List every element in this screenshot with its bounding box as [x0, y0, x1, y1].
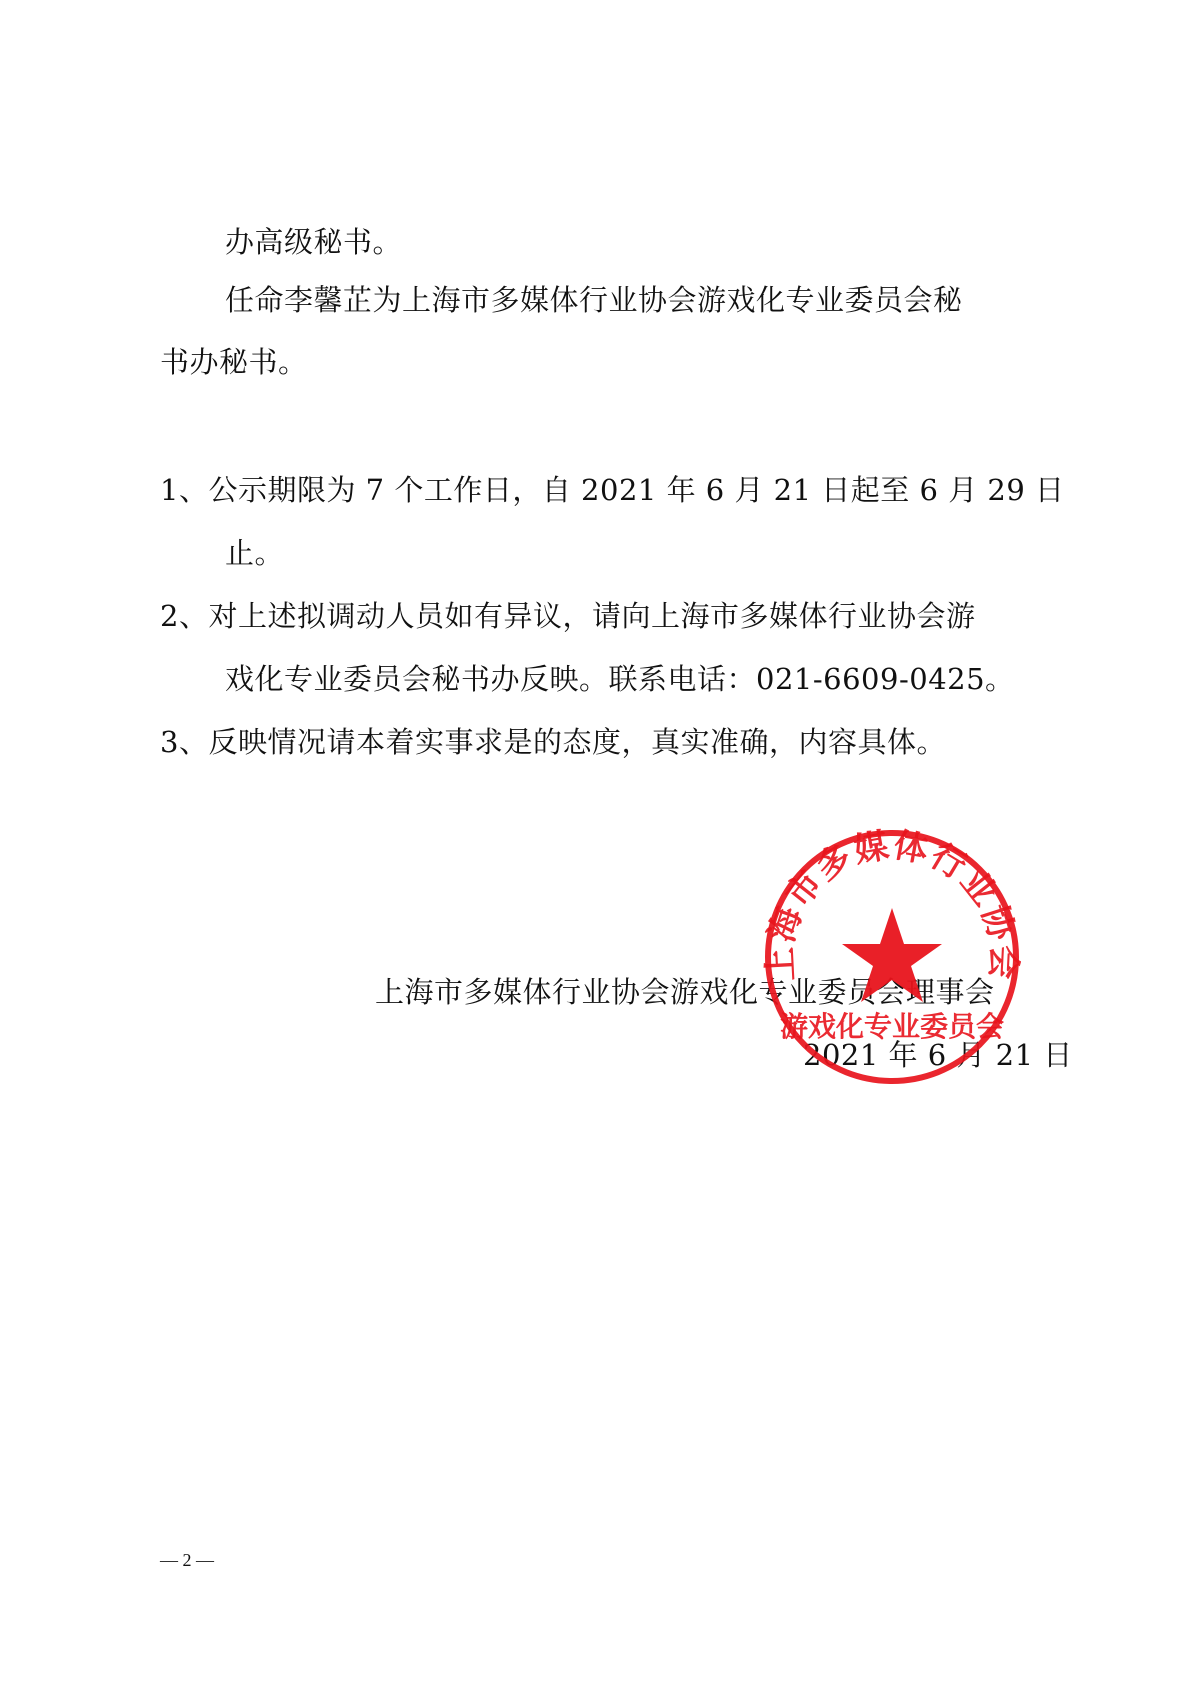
note-2-line-1: 2、对上述拟调动人员如有异议，请向上海市多媒体行业协会游 — [160, 596, 975, 636]
signature-organization: 上海市多媒体行业协会游戏化专业委员会理事会 — [375, 972, 995, 1012]
note-1-line-1: 1、公示期限为 7 个工作日，自 2021 年 6 月 21 日起至 6 月 2… — [160, 470, 1065, 510]
signature-date: 2021 年 6 月 21 日 — [803, 1035, 1073, 1075]
paragraph-line: 任命李馨芷为上海市多媒体行业协会游戏化专业委员会秘 — [225, 280, 963, 320]
svg-text:上海市多媒体行业协会: 上海市多媒体行业协会 — [763, 828, 1021, 982]
paragraph-line: 书办秘书。 — [160, 342, 308, 382]
note-1-line-2: 止。 — [225, 533, 284, 573]
note-2-line-2: 戏化专业委员会秘书办反映。联系电话：021-6609-0425。 — [225, 659, 1015, 699]
page-number: — 2 — — [160, 1550, 214, 1571]
paragraph-line: 办高级秘书。 — [225, 222, 402, 262]
note-3-line-1: 3、反映情况请本着实事求是的态度，真实准确，内容具体。 — [160, 722, 946, 762]
